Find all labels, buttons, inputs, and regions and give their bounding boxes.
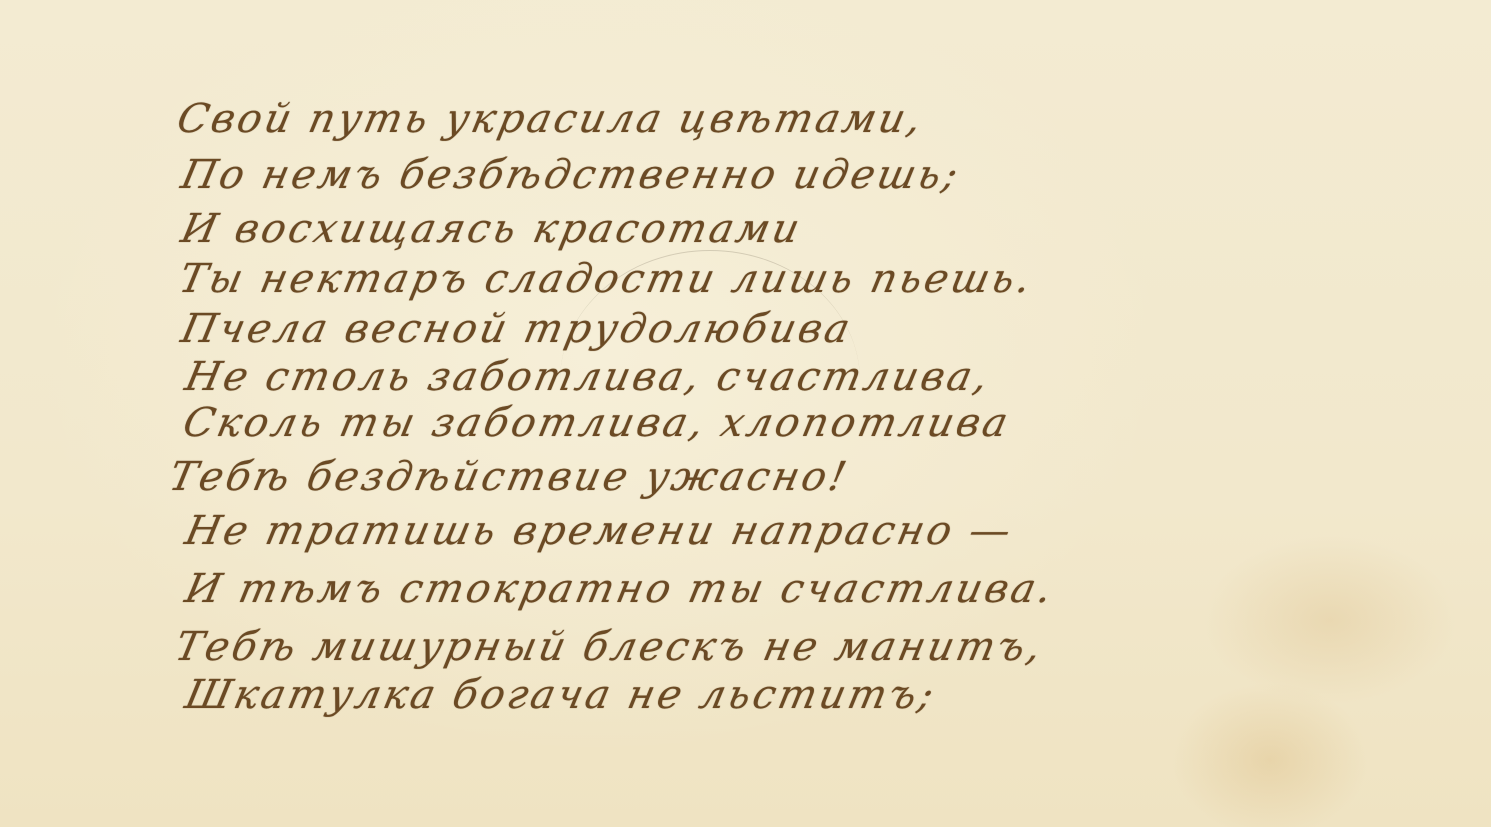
poem-line: Тебѣ мишурный блескъ не манитъ, — [171, 624, 1048, 670]
poem-line: Не столь заботлива, счастлива, — [181, 354, 995, 400]
poem-text: Свой путь украсила цвѣтами, По немъ безб… — [0, 0, 1491, 827]
poem-line: Не тратишь времени напрасно — — [181, 508, 1018, 554]
poem-line: И тѣмъ стократно ты счастлива. — [181, 566, 1059, 612]
manuscript-page: Свой путь украсила цвѣтами, По немъ безб… — [0, 0, 1491, 827]
poem-line: Сколь ты заботлива, хлопотлива — [179, 400, 1015, 446]
poem-line: Шкатулка богача не льститъ; — [181, 672, 940, 718]
poem-line: Пчела весной трудолюбива — [177, 306, 857, 352]
poem-line: И восхищаясь красотами — [177, 206, 806, 252]
poem-line: Тебѣ бездѣйствие ужасно! — [165, 454, 853, 500]
poem-line: По немъ безбѣдственно идешь; — [177, 152, 965, 198]
poem-line: Свой путь украсила цвѣтами, — [173, 96, 928, 142]
poem-line: Ты нектаръ сладости лишь пьешь. — [175, 256, 1038, 302]
